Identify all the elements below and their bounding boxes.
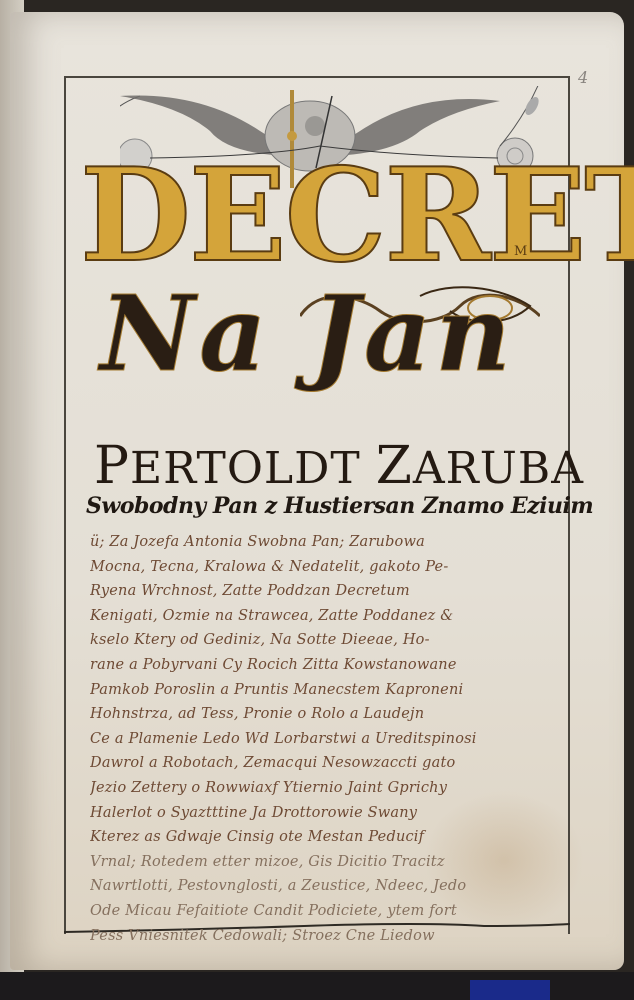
background-blue-cloth xyxy=(470,980,550,1000)
title-initial-z: Z xyxy=(376,436,413,496)
text-line: Pamkob Poroslin a Pruntis Manecstem Kapr… xyxy=(90,678,560,703)
title-initial-p: P xyxy=(94,436,130,496)
text-line: Ce a Plamenie Ledo Wd Lorbarstwi a Uredi… xyxy=(90,727,560,752)
text-line: Mocna, Tecna, Kralowa & Nedatelit, gakot… xyxy=(90,555,560,580)
text-line: Nawrtlotti, Pestovnglosti, a Zeustice, N… xyxy=(90,874,560,899)
text-line: Pess Vniesnitek Cedowali; Stroez Cne Lie… xyxy=(90,924,560,949)
text-line: Halerlot o Syaztttine Ja Drottorowie Swa… xyxy=(90,801,560,826)
handwritten-body-text: ü; Za Jozefa Antonia Swobna Pan; Zarubow… xyxy=(90,530,560,948)
text-line: Ryena Wrchnost, Zatte Poddzan Decretum xyxy=(90,579,560,604)
text-line: Jezio Zettery o Rowwiaxf Ytiernio Jaint … xyxy=(90,776,560,801)
text-line: Kenigati, Ozmie na Strawcea, Zatte Podda… xyxy=(90,604,560,629)
title-pertoldt-rest: ERTOLDT xyxy=(130,443,361,494)
title-na-jan: Na Jan xyxy=(100,282,540,402)
text-line: Dawrol a Robotach, Zemacqui Nesowzaccti … xyxy=(90,751,560,776)
title-pertoldt-zaruba: PERTOLDT ZARUBA xyxy=(94,440,584,492)
subtitle-line: Swobodny Pan z Hustiersan Znamo Eziuim xyxy=(86,493,593,519)
folio-number: 4 xyxy=(578,68,588,87)
title-superscript: M xyxy=(514,244,527,259)
text-line: ü; Za Jozefa Antonia Swobna Pan; Zarubow… xyxy=(90,530,560,555)
title-decretum: DECRETU xyxy=(80,130,550,280)
text-line: rane a Pobyrvani Cy Rocich Zitta Kowstan… xyxy=(90,653,560,678)
title-zaruba-rest: ARUBA xyxy=(413,443,584,494)
text-line: Vrnal; Rotedem etter mizoe, Gis Dicitio … xyxy=(90,850,560,875)
text-line: Ode Micau Fefaitiote Candit Podiciete, y… xyxy=(90,899,560,924)
text-line: kselo Ktery od Gediniz, Na Sotte Dieeae,… xyxy=(90,628,560,653)
text-line: Hohnstrza, ad Tess, Pronie o Rolo a Laud… xyxy=(90,702,560,727)
text-line: Kterez as Gdwaje Cinsig ote Mestan Peduc… xyxy=(90,825,560,850)
